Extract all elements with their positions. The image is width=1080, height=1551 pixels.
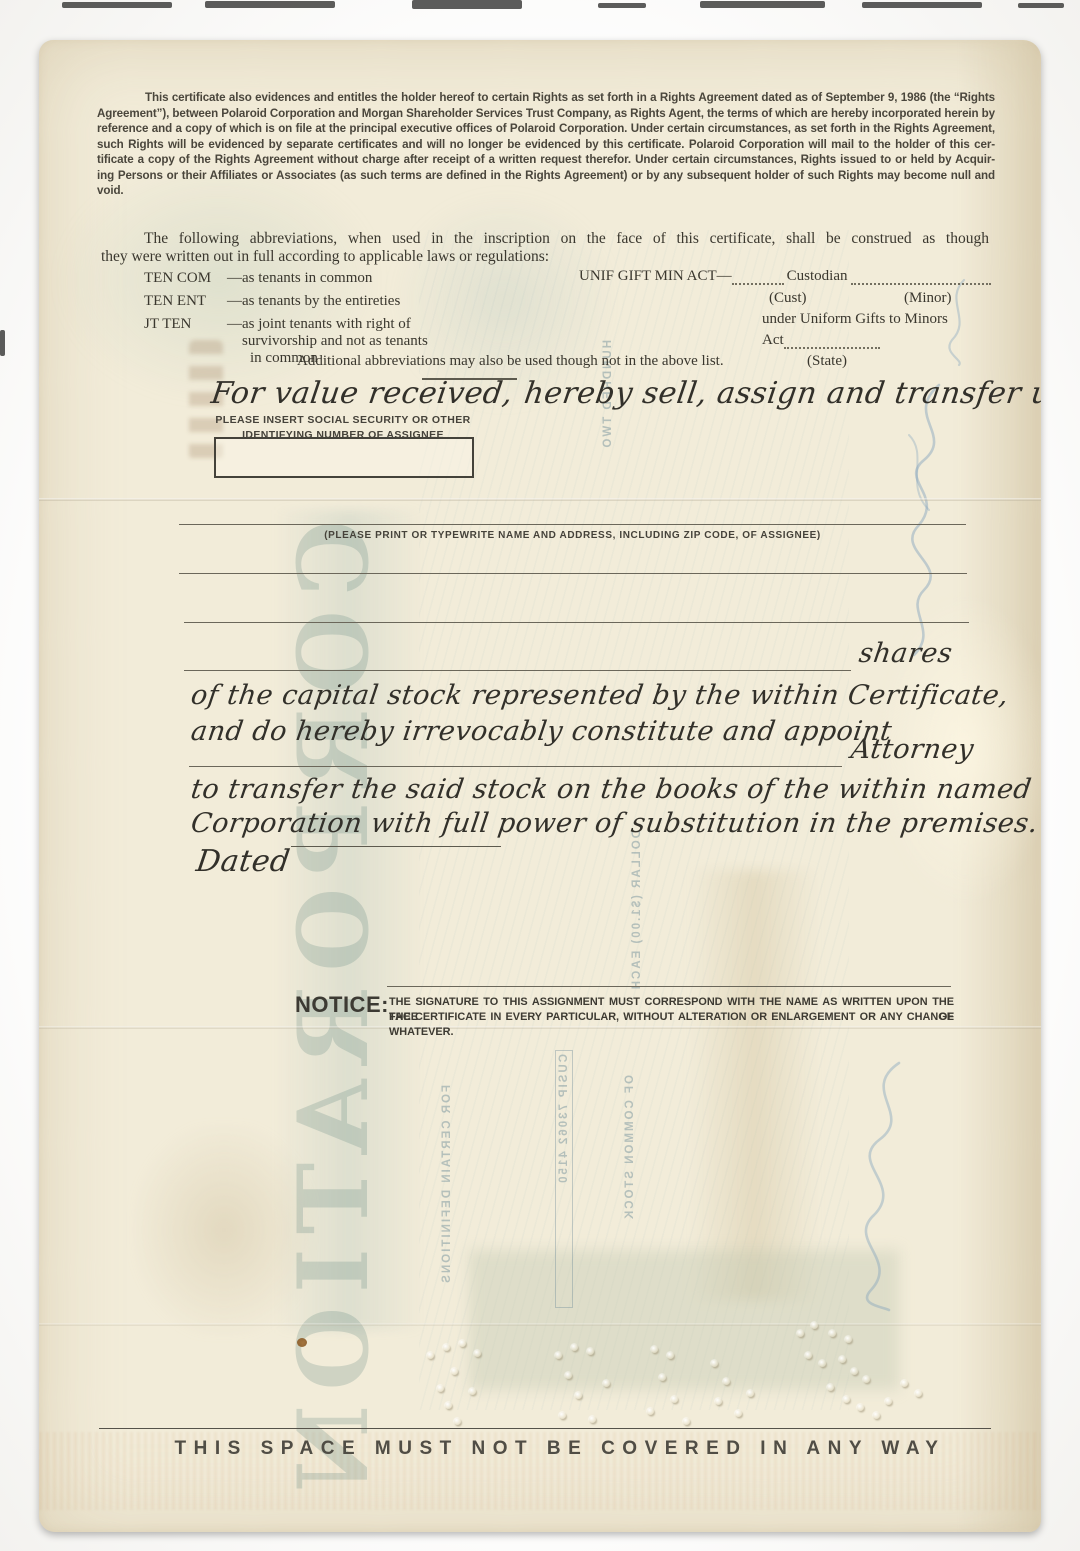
footer-rule: [99, 1428, 991, 1429]
ugma-minor-label: (Minor): [904, 290, 952, 307]
ghost-ornament-block: [134, 1125, 314, 1335]
script-sell-assign-transfer: hereby sell, assign and transfer unto: [522, 376, 1041, 411]
scan-edge-artifact: [62, 2, 172, 8]
embossed-dot: [715, 1398, 722, 1405]
embossed-dot: [451, 1368, 458, 1375]
embossed-dot: [651, 1346, 658, 1353]
abbreviations-intro: The following abbreviations, when used i…: [101, 230, 989, 266]
dated-blank-line: [291, 846, 501, 847]
embossed-dot: [829, 1330, 836, 1337]
abbrev-jt-ten-def: —as joint tenants with right of: [227, 316, 411, 333]
ghost-band-teal: [274, 510, 424, 1330]
embossed-dot: [454, 1418, 461, 1425]
intro-line: The following abbreviations, when used i…: [101, 230, 989, 248]
embossed-dot: [427, 1352, 434, 1359]
embossed-dot: [647, 1408, 654, 1415]
assignee-hint: (PLEASE PRINT OR TYPEWRITE NAME AND ADDR…: [179, 530, 966, 541]
embossed-dot: [671, 1396, 678, 1403]
ghost-signature: [829, 1055, 929, 1315]
embossed-dot: [474, 1350, 481, 1357]
embossed-dot: [805, 1352, 812, 1359]
script-transfer-books: to transfer the said stock on the books …: [189, 774, 1034, 805]
dotted-leader: [784, 334, 880, 349]
ghost-green-panel: [469, 1250, 899, 1390]
script-dated: Dated: [194, 844, 292, 879]
notice-label: NOTICE:: [295, 992, 389, 1018]
scan-edge-artifact: [862, 2, 982, 8]
abbrev-ten-com-def: —as tenants in common: [227, 270, 372, 287]
intro-line: they were written out in full according …: [101, 248, 989, 266]
embossed-dot: [587, 1348, 594, 1355]
abbrev-additional-note: Additional abbreviations may also be use…: [297, 353, 724, 370]
ssn-entry-box: [214, 437, 474, 478]
embossed-dot: [735, 1410, 742, 1417]
paragraph-line: Agreement”), between Polaroid Corporatio…: [97, 106, 995, 122]
paragraph-line: This certificate also evidences and enti…: [97, 90, 995, 106]
scan-edge-artifact: [205, 1, 335, 8]
script-attorney: Attorney: [849, 734, 976, 765]
embossed-dot: [839, 1356, 846, 1363]
embossed-dot: [445, 1402, 452, 1409]
abbrev-jt-ten-def2: survivorship and not as tenants: [242, 333, 428, 350]
embossed-dot: [885, 1398, 892, 1405]
ghost-mirrored-dollar-text: DOLLAR ($1.00) EACH: [631, 830, 643, 1130]
embossed-dot: [603, 1380, 610, 1387]
embossed-dot: [565, 1372, 572, 1379]
fold-crease: [39, 1323, 1041, 1326]
script-for-value-received: For value received,: [209, 376, 515, 411]
ghost-mirrored-corporation-title: CORPORATION: [277, 520, 390, 1320]
abbrev-ten-com-term: TEN COM: [144, 270, 211, 287]
assignee-line: [184, 622, 969, 623]
scan-edge-artifact: [700, 1, 825, 8]
scan-edge-artifact: [1018, 3, 1064, 8]
scan-edge-artifact: [412, 0, 522, 9]
embossed-dot: [747, 1390, 754, 1397]
ugma-label: UNIF GIFT MIN ACT—: [579, 268, 732, 285]
embossed-dot: [571, 1344, 578, 1351]
ugma-custodian-label: Custodian: [784, 268, 851, 285]
paragraph-line: reference and a copy of which is on file…: [97, 121, 995, 137]
script-full-power: Corporation with full power of substitut…: [189, 808, 1040, 839]
embossed-dot: [723, 1378, 730, 1385]
dotted-leader: [732, 270, 784, 285]
embossed-dot: [683, 1418, 690, 1425]
embossed-dot: [843, 1396, 850, 1403]
blank-line: [422, 378, 517, 380]
embossed-dot: [667, 1352, 674, 1359]
ugma-act-row: Act: [762, 332, 880, 349]
footer-warning: THIS SPACE MUST NOT BE COVERED IN ANY WA…: [59, 1438, 1041, 1460]
embossed-dot: [711, 1360, 718, 1367]
ghost-mirrored-cusip-text: CUSIP 73062 4150: [555, 1050, 573, 1308]
scan-background: CORPORATION FOR CERTAIN DEFINITIONS CUSI…: [0, 0, 1080, 1551]
embossed-dot: [915, 1390, 922, 1397]
embossed-dot: [827, 1384, 834, 1391]
embossed-dot: [845, 1336, 852, 1343]
ugma-under-text: under Uniform Gifts to Minors: [762, 311, 948, 328]
embossed-dot: [863, 1376, 870, 1383]
ghost-mirrored-common-stock-text: OF COMMON STOCK: [624, 1075, 636, 1285]
paragraph-line: tificate a copy of the Rights Agreement …: [97, 152, 995, 168]
ugma-row: UNIF GIFT MIN ACT—Custodian: [579, 268, 991, 285]
embossed-dot: [437, 1385, 444, 1392]
embossed-dot: [797, 1330, 804, 1337]
signature-line: [387, 986, 951, 987]
rights-agreement-paragraph: This certificate also evidences and enti…: [97, 90, 995, 199]
assignee-line: [179, 573, 967, 574]
embossed-dot: [857, 1404, 864, 1411]
embossed-dot: [459, 1340, 466, 1347]
ugma-state-label: (State): [807, 353, 847, 370]
embossed-dot: [873, 1412, 880, 1419]
stain-spot: [297, 1338, 307, 1347]
certificate-back-page: CORPORATION FOR CERTAIN DEFINITIONS CUSI…: [39, 40, 1041, 1532]
embossed-dot: [443, 1344, 450, 1351]
script-capital-stock: of the capital stock represented by the …: [189, 680, 1011, 711]
embossed-dot: [575, 1392, 582, 1399]
script-constitute-appoint: and do hereby irrevocably constitute and…: [189, 716, 894, 747]
ugma-cust-label: (Cust): [769, 290, 807, 307]
ugma-act-label: Act: [762, 332, 784, 349]
embossed-dot: [901, 1380, 908, 1387]
embossed-dot: [811, 1322, 818, 1329]
embossed-dot: [469, 1388, 476, 1395]
ghost-mirrored-definitions-text: FOR CERTAIN DEFINITIONS: [441, 1085, 453, 1375]
embossed-dot: [555, 1352, 562, 1359]
ssn-instruction-line1: PLEASE INSERT SOCIAL SECURITY OR OTHER: [214, 414, 472, 426]
abbrev-jt-ten-term: JT TEN: [144, 316, 191, 333]
embossed-dot: [589, 1416, 596, 1423]
embossed-dot: [851, 1368, 858, 1375]
abbrev-ten-ent-def: —as tenants by the entireties: [227, 293, 400, 310]
assignee-line: [179, 524, 966, 525]
fold-crease: [39, 498, 1041, 501]
ghost-band-tan: [689, 870, 819, 1300]
attorney-blank-line: [189, 766, 842, 767]
scan-edge-artifact: [598, 3, 646, 8]
scan-edge-artifact: [0, 330, 5, 356]
dotted-leader: [851, 270, 992, 285]
abbrev-ten-ent-term: TEN ENT: [144, 293, 206, 310]
script-shares: shares: [857, 638, 954, 669]
embossed-dot: [659, 1374, 666, 1381]
embossed-dot: [559, 1412, 566, 1419]
embossed-dot: [819, 1360, 826, 1367]
shares-blank-line: [184, 670, 851, 671]
paragraph-line: such Rights will be evidenced by separat…: [97, 137, 995, 153]
paragraph-line: ing Persons or their Affiliates or Assoc…: [97, 168, 995, 199]
notice-text-line2: THE CERTIFICATE IN EVERY PARTICULAR, WIT…: [389, 1010, 954, 1040]
